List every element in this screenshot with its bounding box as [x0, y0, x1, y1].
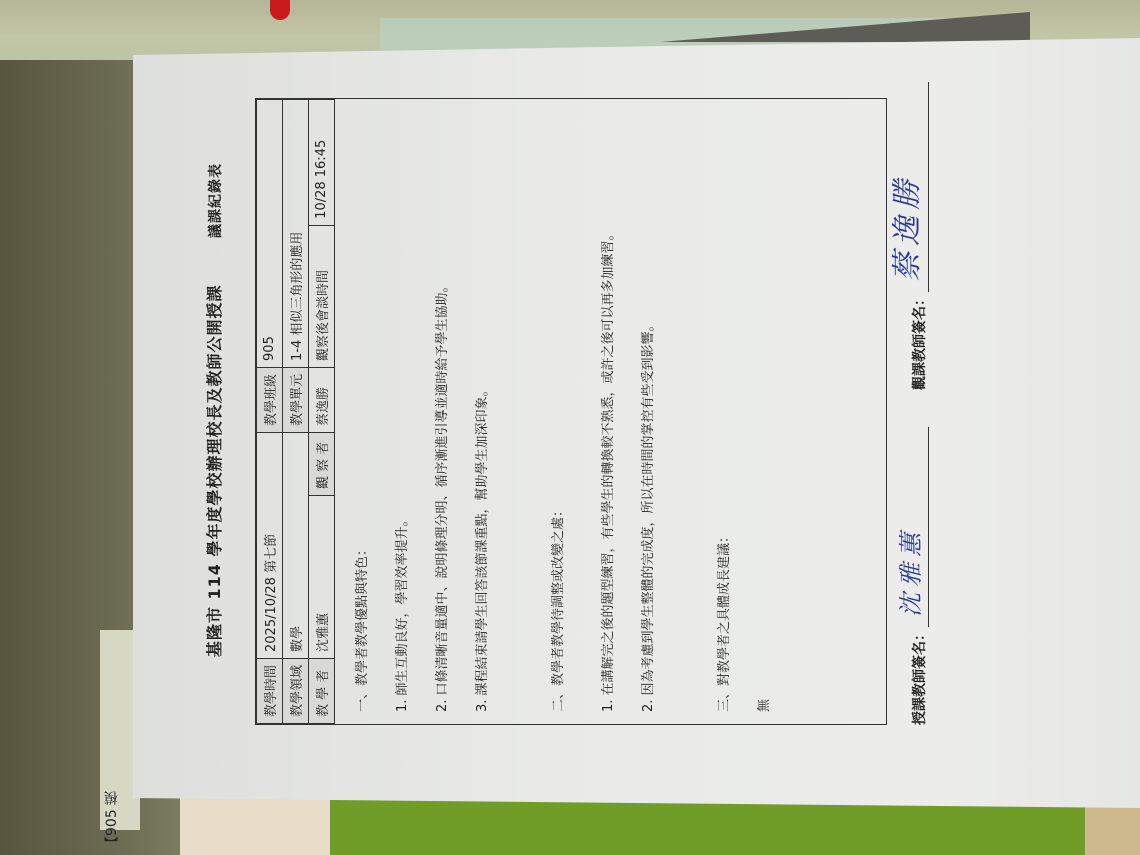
lesson-observation-form: 基隆市 114 學年度學校辦理校長及教師公開授課 議課紀錄表 教學時間 2025… [180, 60, 1000, 760]
section-suggestions: 三、對教學者之具體成長建議： 無 [716, 99, 774, 724]
background-beige-board [1085, 800, 1140, 855]
background-pink-sheet [180, 790, 330, 855]
teacher-value: 沈雅蕙 [309, 495, 335, 658]
form-frame: 教學時間 2025/10/28 第七節 教學班級 905 教學領域 數學 教學單… [255, 98, 887, 725]
teacher-signature-label: 授課教師簽名： [909, 627, 929, 725]
subject-value: 數學 [283, 432, 309, 658]
list-item: 2. 因為考慮到學生整體的完成度，所以在時間的掌控有些受到影響。 [640, 99, 658, 712]
unit-label: 教學單元 [283, 367, 309, 432]
teaching-class-label: 教學班級 [257, 367, 283, 432]
teaching-time-label: 教學時間 [257, 658, 283, 723]
teacher-signature-block: 授課教師簽名： 沈雅蕙 [900, 427, 929, 725]
observer-signature-block: 觀課教師簽名： 蔡逸勝 [900, 82, 929, 390]
form-title: 基隆市 114 學年度學校辦理校長及教師公開授課 議課紀錄表 [202, 60, 225, 760]
list-item: 2. 口條清晰音量適中、說明條理分明、循序漸進引導並適時給予學生協助。 [434, 99, 452, 712]
section-heading: 二、教學者教學待調整或改變之處： [550, 99, 568, 712]
background-note-text: 【905 模 [102, 700, 138, 850]
list-item: 1. 師生互動良好，學習效率提升。 [394, 99, 412, 712]
subject-label: 教學領域 [283, 658, 309, 723]
list-item: 1. 在講解完之後的題型練習，有些學生的轉換較不熟悉，或許之後可以再多加練習。 [600, 99, 618, 712]
teaching-class-value: 905 [257, 100, 283, 368]
table-row: 教 學 者 沈雅蕙 觀 察 者 蔡逸勝 觀察後會談時間 10/28 16:45 [309, 100, 335, 724]
observer-label: 觀 察 者 [309, 432, 335, 495]
section-heading: 三、對教學者之具體成長建議： [716, 99, 734, 712]
observer-signature: 蔡逸勝 [882, 174, 926, 282]
form-title-main: 基隆市 114 學年度學校辦理校長及教師公開授課 [205, 285, 224, 658]
unit-value: 1-4 相似三角形的應用 [283, 100, 309, 368]
teacher-label: 教 學 者 [309, 658, 335, 723]
red-pushpin-icon [270, 0, 290, 20]
section-heading: 一、教學者教學優點與特色： [354, 99, 372, 712]
form-title-sub: 議課紀錄表 [208, 163, 224, 238]
list-item: 3. 課程結束請學生回答該節課重點，幫助學生加深印象。 [474, 99, 492, 712]
post-meeting-time-label: 觀察後會談時間 [309, 225, 335, 367]
teaching-time-value: 2025/10/28 第七節 [257, 432, 283, 658]
info-table: 教學時間 2025/10/28 第七節 教學班級 905 教學領域 數學 教學單… [256, 99, 335, 724]
section-strengths: 一、教學者教學優點與特色： 1. 師生互動良好，學習效率提升。 2. 口條清晰音… [340, 99, 492, 724]
background-green-board [330, 800, 1090, 855]
table-row: 教學領域 數學 教學單元 1-4 相似三角形的應用 [283, 100, 309, 724]
teacher-signature-line: 沈雅蕙 [900, 427, 929, 627]
table-row: 教學時間 2025/10/28 第七節 教學班級 905 [257, 100, 283, 724]
list-item: 無 [756, 99, 774, 712]
observer-signature-line: 蔡逸勝 [900, 82, 929, 292]
section-improvements: 二、教學者教學待調整或改變之處： 1. 在講解完之後的題型練習，有些學生的轉換較… [550, 99, 658, 724]
observer-value: 蔡逸勝 [309, 367, 335, 432]
form-body: 一、教學者教學優點與特色： 1. 師生互動良好，學習效率提升。 2. 口條清晰音… [340, 99, 774, 724]
teacher-signature: 沈雅蕙 [891, 527, 926, 617]
post-meeting-time-value: 10/28 16:45 [309, 100, 335, 226]
observer-signature-label: 觀課教師簽名： [909, 292, 929, 390]
